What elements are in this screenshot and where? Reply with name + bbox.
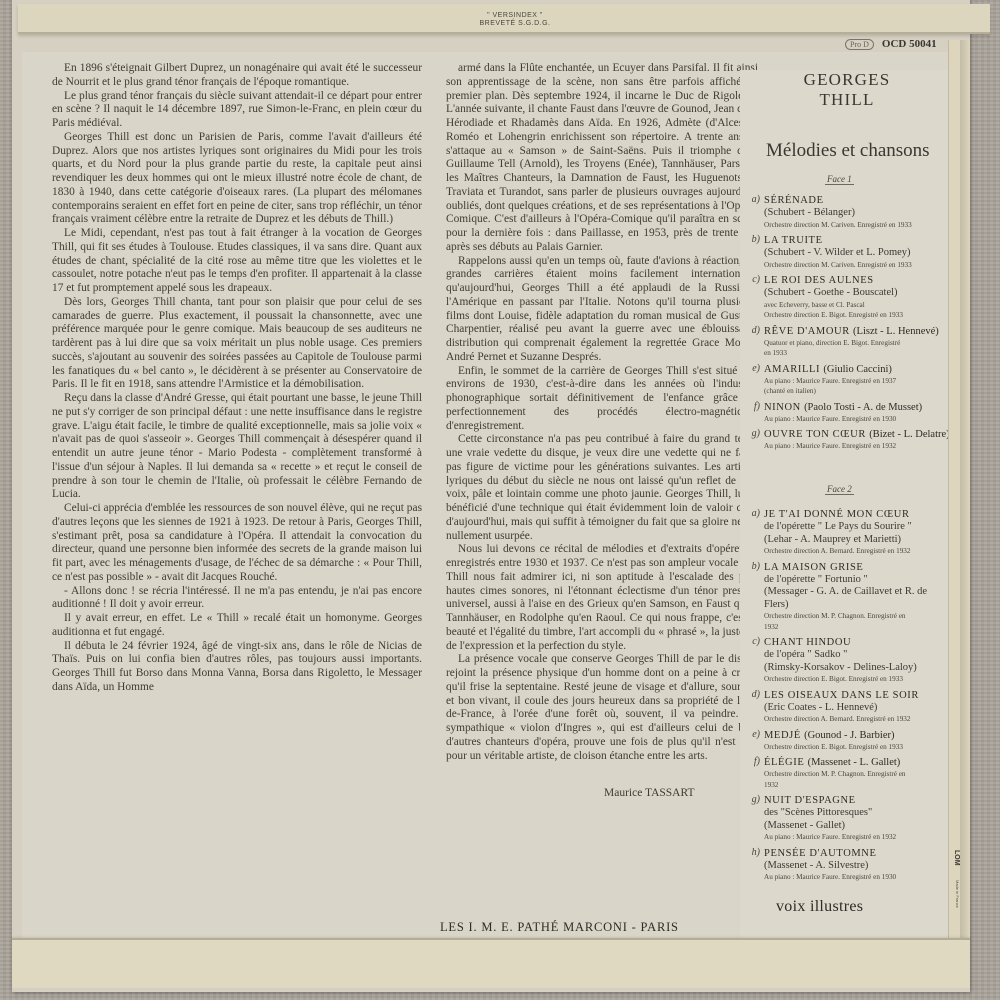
liner-paragraph: Georges Thill est donc un Parisien de Pa… [52,131,422,227]
track-listing-panel: GEORGES THILL Mélodies et chansons Face … [740,70,952,940]
liner-paragraph: La présence vocale que conserve Georges … [446,653,758,763]
track-title-line: AMARILLI (Giulio Caccini) [764,363,952,376]
track-letter: f) [740,756,760,767]
face-2-heading: Face 2 [825,484,854,495]
track-recording-note: (chanté en italien) [764,386,952,397]
track-authors: (Massenet - L. Gallet) [808,757,901,768]
track-title: AMARILLI [764,364,820,375]
track-title: ÉLÉGIE [764,757,804,768]
track-letter: e) [740,363,760,374]
track-item: g)OUVRE TON CŒUR (Bizet - L. Delatre)Au … [740,428,952,452]
track-title: SÉRÉNADE [764,195,824,206]
album-title: Mélodies et chansons [766,140,930,162]
track-recording-note: Au piano : Maurice Faure. Enregistré en … [764,414,952,425]
catalog-number: OCD 50041 [882,38,937,50]
track-title-line: JE T'AI DONNÉ MON CŒUR [764,508,952,521]
lom-code: LOM [953,850,960,866]
track-title: JE T'AI DONNÉ MON CŒUR [764,509,910,520]
liner-notes-left-column: En 1896 s'éteignait Gilbert Duprez, un n… [52,62,422,695]
track-title: MEDJÉ [764,730,801,741]
track-credit-line: (Lehar - A. Mauprey et Marietti) [764,534,952,547]
track-title: RÊVE D'AMOUR [764,326,850,337]
track-title: OUVRE TON CŒUR [764,429,866,440]
track-item: c)LE ROI DES AULNES(Schubert - Goethe - … [740,274,952,321]
track-title-line: NINON (Paolo Tosti - A. de Musset) [764,401,952,414]
versindex-brand: " VERSINDEX " [460,12,570,20]
track-recording-note: Orchestre direction E. Bigot. Enregistré… [764,674,952,685]
track-credit-line: Flers) [764,599,952,612]
track-title: NUIT D'ESPAGNE [764,795,856,806]
track-recording-note: Au piano : Maurice Faure. Enregistré en … [764,376,952,387]
track-item: h)PENSÉE D'AUTOMNE(Massenet - A. Silvest… [740,847,952,883]
label-credit: LES I. M. E. PATHÉ MARCONI - PARIS [440,920,679,935]
track-item: d)RÊVE D'AMOUR (Liszt - L. Hennevé)Quatu… [740,325,952,359]
track-title: LES OISEAUX DANS LE SOIR [764,690,919,701]
liner-paragraph: Il débuta le 24 février 1924, âgé de vin… [52,640,422,695]
track-authors: (Liszt - L. Hennevé) [853,326,939,337]
track-recording-note: Orchestre direction E. Bigot. Enregistré… [764,310,952,321]
track-recording-note: 1932 [764,622,952,633]
track-letter: c) [740,274,760,285]
track-item: b)LA MAISON GRISEde l'opérette " Fortuni… [740,561,952,633]
liner-paragraph: Le Midi, cependant, n'est pas tout à fai… [52,227,422,296]
track-letter: b) [740,561,760,572]
liner-paragraph: En 1896 s'éteignait Gilbert Duprez, un n… [52,62,422,90]
liner-paragraph: Nous lui devons ce récital de mélodies e… [446,543,758,653]
liner-notes-middle-column: armé dans la Flûte enchantée, un Ecuyer … [446,62,758,763]
face-2-tracklist: a)JE T'AI DONNÉ MON CŒURde l'opérette " … [740,508,952,887]
track-credit-line: (Massenet - A. Silvestre) [764,860,952,873]
track-item: c)CHANT HINDOUde l'opéra " Sadko "(Rimsk… [740,636,952,685]
liner-paragraph: armé dans la Flûte enchantée, un Ecuyer … [446,62,758,255]
track-item: e)AMARILLI (Giulio Caccini)Au piano : Ma… [740,363,952,397]
track-credit-line: de l'opérette " Le Pays du Sourire " [764,521,952,534]
track-title-line: LA MAISON GRISE [764,561,952,574]
track-letter: b) [740,234,760,245]
liner-paragraph: Reçu dans la classe d'André Gresse, qui … [52,392,422,502]
track-credit-line: (Eric Coates - L. Hennevé) [764,702,952,715]
track-title: LA TRUITE [764,235,823,246]
track-item: f)ÉLÉGIE (Massenet - L. Gallet)Orchestre… [740,756,952,790]
versindex-mark: " VERSINDEX " BREVETÉ S.G.D.G. [460,12,570,28]
face-1-tracklist: a)SÉRÉNADE(Schubert - Bélanger)Orchestre… [740,194,952,456]
prod-badge: Pro D [845,39,874,50]
track-item: e)MEDJÉ (Gounod - J. Barbier)Orchestre d… [740,729,952,753]
track-letter: h) [740,847,760,858]
track-recording-note: Au piano : Maurice Faure. Enregistré en … [764,872,952,883]
track-recording-note: Orchestre direction E. Bigot. Enregistré… [764,742,952,753]
track-authors: (Bizet - L. Delatre) [869,429,949,440]
track-credit-line: (Schubert - V. Wilder et L. Pomey) [764,247,952,260]
track-item: g)NUIT D'ESPAGNEdes "Scènes Pittoresques… [740,794,952,843]
artist-name: GEORGES THILL [782,70,912,110]
track-credit-line: (Schubert - Goethe - Bouscatel) [764,287,952,300]
track-title-line: NUIT D'ESPAGNE [764,794,952,807]
track-credit-line: des "Scènes Pittoresques" [764,807,952,820]
liner-paragraph: Cette circonstance n'a pas peu contribué… [446,433,758,543]
track-item: a)SÉRÉNADE(Schubert - Bélanger)Orchestre… [740,194,952,230]
track-item: b)LA TRUITE(Schubert - V. Wilder et L. P… [740,234,952,270]
track-recording-note: 1932 [764,780,952,791]
track-credit-line: (Messager - G. A. de Caillavet et R. de [764,586,952,599]
track-credit-line: (Massenet - Gallet) [764,820,952,833]
track-recording-note: Orchestre direction M. P. Chagnon. Enreg… [764,611,952,622]
track-title: PENSÉE D'AUTOMNE [764,848,877,859]
liner-paragraph: Enfin, le sommet de la carrière de Georg… [446,365,758,434]
track-credit-line: de l'opéra " Sadko " [764,649,952,662]
track-letter: g) [740,794,760,805]
track-title-line: SÉRÉNADE [764,194,952,207]
track-recording-note: Orchestre direction A. Bernard. Enregist… [764,546,952,557]
track-item: d)LES OISEAUX DANS LE SOIR(Eric Coates -… [740,689,952,725]
liner-paragraph: Dès lors, Georges Thill chanta, tant pou… [52,296,422,392]
liner-paragraph: - Allons donc ! se récria l'intéressé. I… [52,585,422,613]
bottom-flap [12,938,970,988]
track-recording-note: Orchestre direction M. P. Chagnon. Enreg… [764,769,952,780]
track-credit-line: de l'opérette " Fortunio " [764,574,952,587]
track-authors: (Paolo Tosti - A. de Musset) [804,402,922,413]
liner-paragraph: Rappelons aussi qu'en un temps où, faute… [446,255,758,365]
track-letter: a) [740,508,760,519]
track-item: a)JE T'AI DONNÉ MON CŒURde l'opérette " … [740,508,952,557]
track-title-line: LE ROI DES AULNES [764,274,952,287]
track-title: LE ROI DES AULNES [764,275,874,286]
track-title-line: OUVRE TON CŒUR (Bizet - L. Delatre) [764,428,952,441]
track-authors: (Gounod - J. Barbier) [804,730,894,741]
track-recording-note: Au piano : Maurice Faure. Enregistré en … [764,441,952,452]
track-recording-note: Orchestre direction M. Cariven. Enregist… [764,260,952,271]
track-title-line: CHANT HINDOU [764,636,952,649]
track-credit-line: (Schubert - Bélanger) [764,207,952,220]
track-title: NINON [764,402,801,413]
liner-notes-signature: Maurice TASSART [604,787,695,799]
fold-shadow [960,40,970,940]
track-letter: a) [740,194,760,205]
track-recording-note: Orchestre direction M. Cariven. Enregist… [764,220,952,231]
track-title: CHANT HINDOU [764,637,851,648]
track-item: f)NINON (Paolo Tosti - A. de Musset)Au p… [740,401,952,425]
versindex-patent: BREVETÉ S.G.D.G. [460,20,570,28]
track-letter: e) [740,729,760,740]
track-letter: g) [740,428,760,439]
series-name: voix illustres [776,898,863,916]
track-letter: f) [740,401,760,412]
track-title-line: LA TRUITE [764,234,952,247]
track-recording-note: avec Echeverry, basse et Cl. Pascal [764,300,952,311]
catalog-block: Pro D OCD 50041 [845,38,937,50]
track-title-line: MEDJÉ (Gounod - J. Barbier) [764,729,952,742]
track-recording-note: Orchestre direction A. Bernard. Enregist… [764,714,952,725]
liner-paragraph: Il y avait erreur, en effet. Le « Thill … [52,612,422,640]
track-title-line: LES OISEAUX DANS LE SOIR [764,689,952,702]
track-authors: (Giulio Caccini) [823,364,892,375]
track-title-line: RÊVE D'AMOUR (Liszt - L. Hennevé) [764,325,952,338]
track-title-line: PENSÉE D'AUTOMNE [764,847,952,860]
track-letter: d) [740,325,760,336]
liner-paragraph: Le plus grand ténor français du siècle s… [52,90,422,131]
liner-paragraph: Celui-ci apprécia d'emblée les ressource… [52,502,422,585]
track-recording-note: Quatuor et piano, direction E. Bigot. En… [764,338,952,349]
track-letter: c) [740,636,760,647]
track-title: LA MAISON GRISE [764,562,863,573]
track-recording-note: Au piano : Maurice Faure. Enregistré en … [764,832,952,843]
track-title-line: ÉLÉGIE (Massenet - L. Gallet) [764,756,952,769]
track-credit-line: (Rimsky-Korsakov - Delines-Laloy) [764,662,952,675]
track-recording-note: en 1933 [764,348,952,359]
track-letter: d) [740,689,760,700]
face-1-heading: Face 1 [825,174,854,185]
